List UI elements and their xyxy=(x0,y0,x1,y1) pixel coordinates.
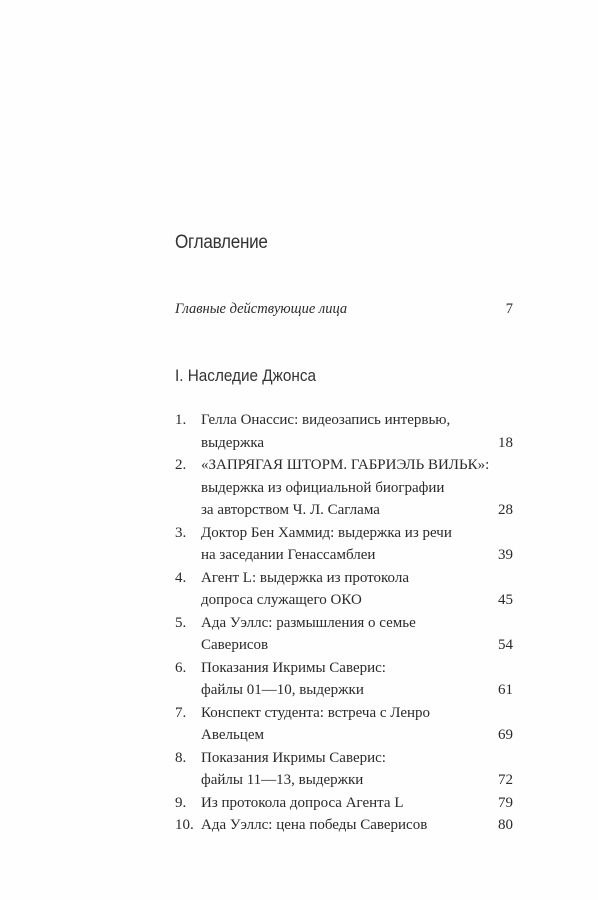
toc-entry: 2.«ЗАПРЯГАЯ ШТОРМ. ГАБРИЭЛЬ ВИЛЬК»:выдер… xyxy=(175,454,513,522)
entry-page-number: 80 xyxy=(498,814,513,837)
entry-title-line: Доктор Бен Хаммид: выдержка из речи xyxy=(201,522,513,545)
toc-entry: 5.Ада Уэллс: размышления о семьеСаверисо… xyxy=(175,612,513,657)
toc-list: 1.Гелла Онассис: видеозапись интервью,вы… xyxy=(175,409,513,837)
toc-entry: 7.Конспект студента: встреча с ЛенроАвел… xyxy=(175,702,513,747)
toc-entry: 6.Показания Икримы Саверис:файлы 01—10, … xyxy=(175,657,513,702)
entry-title-line: Из протокола допроса Агента L xyxy=(201,792,513,815)
entry-page-number: 61 xyxy=(498,679,513,702)
entry-title-line: Показания Икримы Саверис: xyxy=(201,747,513,770)
part-title: I. Наследие Джонса xyxy=(175,366,316,386)
entry-title-line: «ЗАПРЯГАЯ ШТОРМ. ГАБРИЭЛЬ ВИЛЬК»: xyxy=(201,454,513,477)
entry-number: 9. xyxy=(175,792,186,815)
entry-page-number: 18 xyxy=(498,432,513,455)
entry-page-number: 72 xyxy=(498,769,513,792)
toc-entry-frontmatter: Главные действующие лица 7 xyxy=(175,301,513,318)
toc-entry: 3.Доктор Бен Хаммид: выдержка из речина … xyxy=(175,522,513,567)
entry-title-line: допроса служащего ОКО xyxy=(201,589,513,612)
book-page: Оглавление Главные действующие лица 7 I.… xyxy=(0,0,598,900)
toc-heading: Оглавление xyxy=(175,232,268,254)
entry-number: 8. xyxy=(175,747,186,770)
entry-number: 10. xyxy=(175,814,194,837)
entry-number: 2. xyxy=(175,454,186,477)
entry-page-number: 45 xyxy=(498,589,513,612)
entry-number: 7. xyxy=(175,702,186,725)
entry-page-number: 7 xyxy=(506,301,513,318)
entry-title-line: на заседании Генассамблеи xyxy=(201,544,513,567)
entry-title-line: выдержка xyxy=(201,432,513,455)
entry-page-number: 69 xyxy=(498,724,513,747)
entry-title-line: Конспект студента: встреча с Ленро xyxy=(201,702,513,725)
entry-title-line: Ада Уэллс: размышления о семье xyxy=(201,612,513,635)
entry-title-line: Гелла Онассис: видеозапись интервью, xyxy=(201,409,513,432)
entry-number: 6. xyxy=(175,657,186,680)
entry-title-line: Ада Уэллс: цена победы Саверисов xyxy=(201,814,513,837)
entry-page-number: 28 xyxy=(498,499,513,522)
toc-entry: 4.Агент L: выдержка из протоколадопроса … xyxy=(175,567,513,612)
entry-title-line: Показания Икримы Саверис: xyxy=(201,657,513,680)
entry-page-number: 39 xyxy=(498,544,513,567)
entry-title-line: Агент L: выдержка из протокола xyxy=(201,567,513,590)
entry-title-line: файлы 11—13, выдержки xyxy=(201,769,513,792)
entry-number: 4. xyxy=(175,567,186,590)
entry-title-line: файлы 01—10, выдержки xyxy=(201,679,513,702)
entry-page-number: 54 xyxy=(498,634,513,657)
entry-title-line: Авельцем xyxy=(201,724,513,747)
entry-number: 3. xyxy=(175,522,186,545)
entry-page-number: 79 xyxy=(498,792,513,815)
entry-title-line: за авторством Ч. Л. Саглама xyxy=(201,499,513,522)
entry-title-line: Саверисов xyxy=(201,634,513,657)
toc-entry: 9.Из протокола допроса Агента L79 xyxy=(175,792,513,815)
toc-entry: 8.Показания Икримы Саверис:файлы 11—13, … xyxy=(175,747,513,792)
entry-title: Главные действующие лица xyxy=(175,301,347,317)
toc-entry: 10.Ада Уэллс: цена победы Саверисов80 xyxy=(175,814,513,837)
toc-entry: 1.Гелла Онассис: видеозапись интервью,вы… xyxy=(175,409,513,454)
entry-number: 5. xyxy=(175,612,186,635)
entry-number: 1. xyxy=(175,409,186,432)
entry-title-line: выдержка из официальной биографии xyxy=(201,477,513,500)
